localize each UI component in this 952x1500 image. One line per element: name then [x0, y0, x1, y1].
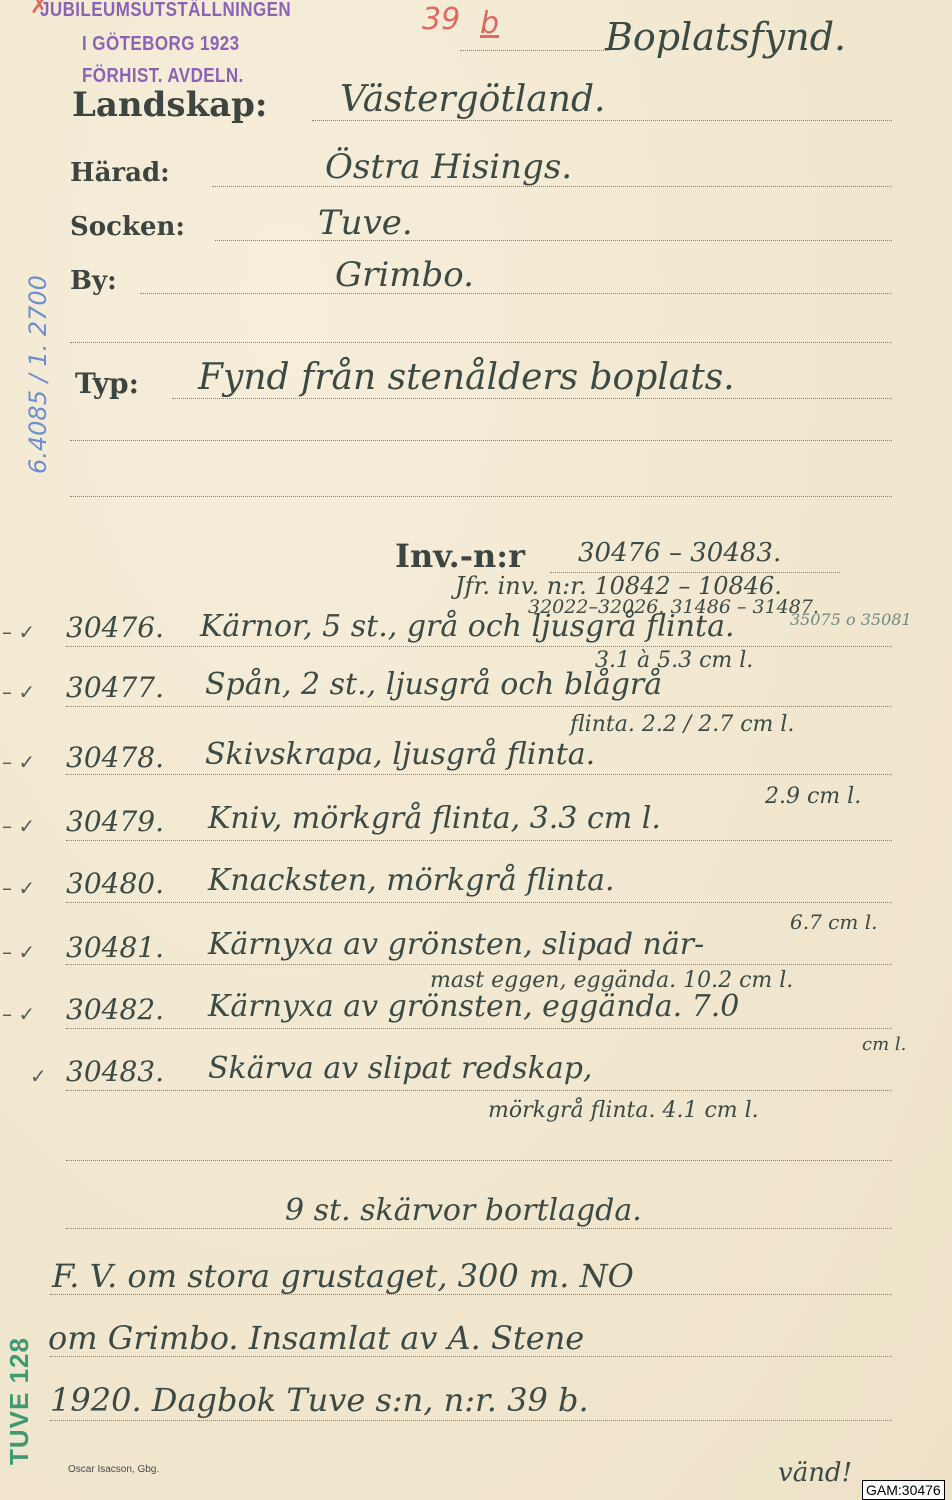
item-number: 30481.: [66, 934, 164, 962]
dotted-line: [70, 440, 892, 441]
item-text: Kärnyxa av grönsten, eggända. 7.0: [208, 992, 739, 1022]
catalog-id-label: GAM:30476: [862, 1480, 945, 1500]
stamp-line-1: JUBILEUMSUTSTÄLLNINGEN: [40, 0, 291, 20]
item-number: 30476.: [66, 614, 164, 642]
inventory-range: 30476 – 30483.: [578, 540, 781, 566]
red-letter: b: [480, 6, 499, 41]
discarded-note: 9 st. skärvor bortlagda.: [285, 1196, 642, 1226]
dotted-line: [172, 398, 892, 399]
item-text: Skärva av slipat redskap,: [208, 1054, 592, 1084]
inventory-label: Inv.-n:r: [395, 540, 525, 572]
cross-ref-1: Jfr. inv. n:r. 10842 – 10846.: [455, 574, 782, 598]
item-note: cm l.: [862, 1036, 906, 1054]
item-note: mörkgrå flinta. 4.1 cm l.: [488, 1100, 759, 1122]
stamp-line-3: FÖRHIST. AVDELN.: [82, 66, 244, 86]
item-text: Kärnor, 5 st., grå och ljusgrå flinta.: [200, 612, 735, 642]
typ-value: Fynd från stenålders boplats.: [198, 360, 735, 396]
by-value: Grimbo.: [335, 258, 474, 292]
item-number: 30482.: [66, 996, 164, 1024]
item-note: 6.7 cm l.: [790, 912, 877, 932]
find-info-line-3: 1920. Dagbok Tuve s:n, n:r. 39 b.: [50, 1384, 589, 1416]
dotted-line: [70, 496, 892, 497]
cross-ref-3: 35075 o 35081: [790, 612, 912, 628]
landskap-label: Landskap:: [72, 88, 267, 122]
dotted-line: [66, 1160, 892, 1161]
item-number: 30477.: [66, 674, 164, 702]
dotted-line: [460, 50, 610, 51]
dotted-line: [66, 964, 892, 965]
check-mark: – ✓: [2, 1002, 35, 1026]
typ-label: Typ:: [75, 370, 139, 398]
item-text: Skivskrapa, ljusgrå flinta.: [205, 740, 595, 770]
dotted-line: [70, 342, 892, 343]
blue-margin-note: 6.4085 / 1. 2700: [24, 275, 52, 474]
by-label: By:: [70, 268, 117, 294]
dotted-line: [66, 840, 892, 841]
check-mark: – ✓: [2, 814, 35, 838]
dotted-line: [66, 902, 892, 903]
check-mark: – ✓: [2, 620, 35, 644]
green-location-stamp: TUVE 128: [4, 1337, 35, 1465]
item-note: 2.9 cm l.: [765, 786, 861, 808]
item-text: Knacksten, mörkgrå flinta.: [208, 866, 615, 896]
landskap-value: Västergötland.: [340, 82, 605, 118]
dotted-line: [66, 706, 892, 707]
socken-value: Tuve.: [318, 206, 413, 240]
turn-over-note: vänd!: [778, 1460, 852, 1486]
harad-value: Östra Hisings.: [325, 150, 572, 184]
stamp-line-2: I GÖTEBORG 1923: [82, 34, 240, 54]
dotted-line: [66, 774, 892, 775]
dotted-line: [50, 1420, 892, 1421]
printer-imprint: Oscar Isacson, Gbg.: [68, 1464, 159, 1475]
check-mark: – ✓: [2, 940, 35, 964]
find-info-line-1: F. V. om stora grustaget, 300 m. NO: [52, 1260, 634, 1292]
red-number: 39: [422, 2, 460, 37]
dotted-line: [312, 120, 892, 121]
socken-label: Socken:: [70, 214, 185, 240]
item-text: Kniv, mörkgrå flinta, 3.3 cm l.: [208, 804, 661, 834]
find-info-line-2: om Grimbo. Insamlat av A. Stene: [48, 1322, 584, 1354]
check-mark: – ✓: [2, 750, 35, 774]
category-text: Boplatsfynd.: [605, 18, 846, 56]
dotted-line: [66, 1028, 892, 1029]
check-mark: – ✓: [2, 876, 35, 900]
item-number: 30479.: [66, 808, 164, 836]
item-number: 30480.: [66, 870, 164, 898]
item-text: Spån, 2 st., ljusgrå och blågrå: [205, 670, 662, 700]
dotted-line: [66, 1090, 892, 1091]
dotted-line: [215, 240, 892, 241]
item-note: flinta. 2.2 / 2.7 cm l.: [570, 714, 794, 736]
harad-label: Härad:: [70, 160, 170, 186]
dotted-line: [66, 646, 892, 647]
item-text: Kärnyxa av grönsten, slipad när-: [208, 930, 704, 960]
dotted-line: [140, 293, 892, 294]
dotted-line: [66, 1228, 892, 1229]
check-mark: ✓: [30, 1064, 47, 1088]
item-number: 30483.: [66, 1058, 164, 1086]
check-mark: – ✓: [2, 680, 35, 704]
item-number: 30478.: [66, 744, 164, 772]
